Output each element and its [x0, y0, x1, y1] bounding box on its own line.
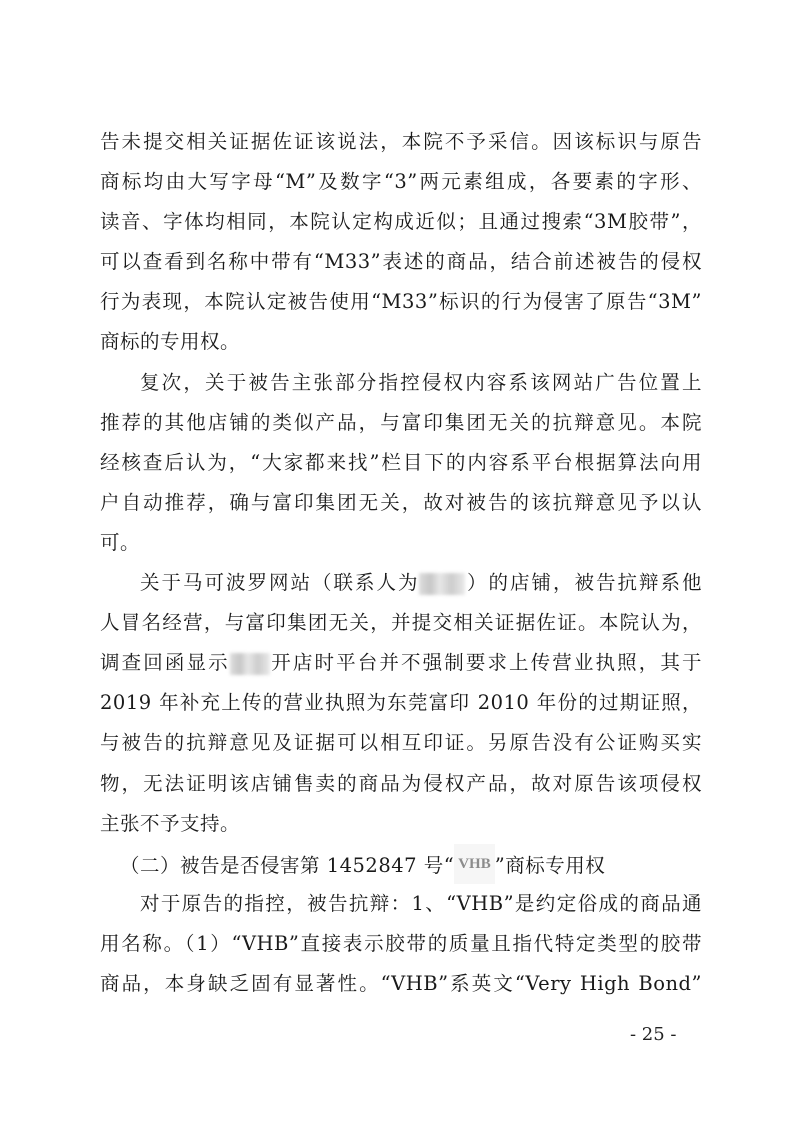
section-heading: （二）被告是否侵害第 1452847 号“VHB”商标专用权	[100, 844, 702, 884]
document-page: 告未提交相关证据佐证该说法，本院不予采信。因该标识与原告 商标均由大写字母“M”…	[100, 122, 702, 1004]
text-line: 行为表现，本院认定被告使用“M33”标识的行为侵害了原告“3M”	[100, 282, 702, 322]
vhb-trademark-logo: VHB	[454, 844, 495, 884]
text-segment: 调查回函显示	[100, 651, 230, 674]
text-line: 用名称。（1）“VHB”直接表示胶带的质量且指代特定类型的胶带	[100, 924, 702, 964]
paragraph-start-line: 对于原告的指控，被告抗辩：1、“VHB”是约定俗成的商品通	[100, 884, 702, 924]
text-line: 经核查后认为，“大家都来找”栏目下的内容系平台根据算法向用	[100, 443, 702, 483]
redacted-shop-name	[230, 653, 270, 675]
paragraph-start-line: 复次，关于被告主张部分指控侵权内容系该网站广告位置上	[100, 363, 702, 403]
heading-text: （二）被告是否侵害第 1452847 号“	[120, 854, 454, 877]
text-line: 主张不予支持。	[100, 804, 702, 844]
text-line: 可以查看到名称中带有“M33”表述的商品，结合前述被告的侵权	[100, 242, 702, 282]
text-line: 商品，本身缺乏固有显著性。“VHB”系英文“Very High Bond”	[100, 964, 702, 1004]
text-segment: 关于马可波罗网站（联系人为	[140, 571, 419, 594]
text-line: 人冒名经营，与富印集团无关，并提交相关证据佐证。本院认为，	[100, 603, 702, 643]
text-line: 读音、字体均相同，本院认定构成近似；且通过搜索“3M胶带”，	[100, 202, 702, 242]
text-line: 与被告的抗辩意见及证据可以相互印证。另原告没有公证购买实	[100, 723, 702, 763]
text-line: 户自动推荐，确与富印集团无关，故对被告的该抗辩意见予以认	[100, 483, 702, 523]
text-line: 商标的专用权。	[100, 322, 702, 362]
text-line: 调查回函显示开店时平台并不强制要求上传营业执照，其于	[100, 643, 702, 683]
text-line: 2019 年补充上传的营业执照为东莞富印 2010 年份的过期证照，	[100, 683, 702, 723]
paragraph-start-line: 关于马可波罗网站（联系人为）的店铺，被告抗辩系他	[100, 563, 702, 603]
text-line: 商标均由大写字母“M”及数字“3”两元素组成，各要素的字形、	[100, 162, 702, 202]
text-segment: 开店时平台并不强制要求上传营业执照，其于	[270, 651, 702, 674]
text-line: 可。	[100, 523, 702, 563]
text-line: 告未提交相关证据佐证该说法，本院不予采信。因该标识与原告	[100, 122, 702, 162]
text-line: 推荐的其他店铺的类似产品，与富印集团无关的抗辩意见。本院	[100, 403, 702, 443]
text-line: 物，无法证明该店铺售卖的商品为侵权产品，故对原告该项侵权	[100, 764, 702, 804]
heading-text: ”商标专用权	[495, 854, 605, 877]
redacted-contact-name	[419, 573, 465, 595]
text-segment: ）的店铺，被告抗辩系他	[465, 571, 702, 594]
page-number: - 25 -	[630, 1024, 677, 1045]
